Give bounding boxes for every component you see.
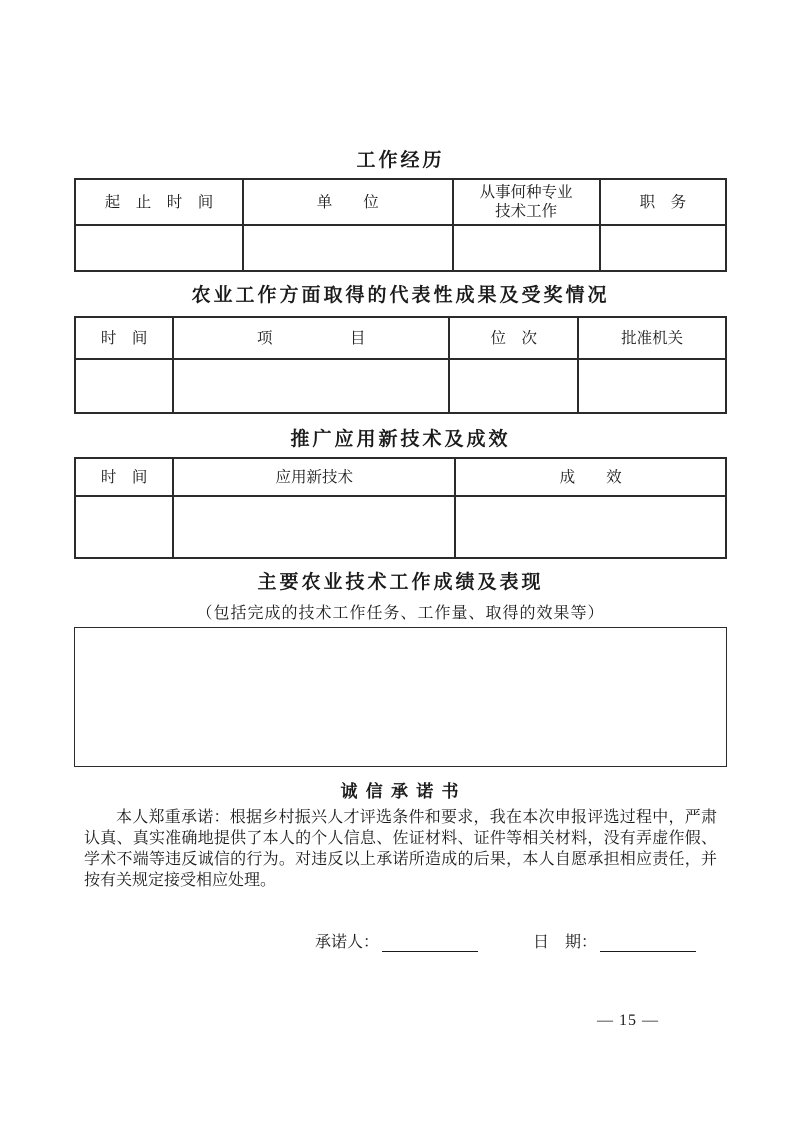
- table-row: [75, 496, 726, 558]
- empty-cell-period: [75, 225, 243, 271]
- header-cell-unit: 单 位: [243, 179, 453, 225]
- empty-cell-specialty: [453, 225, 600, 271]
- table-row: [75, 359, 726, 413]
- header-cell-position: 职 务: [600, 179, 726, 225]
- empty-cell-time: [75, 359, 173, 413]
- empty-cell-unit: [243, 225, 453, 271]
- signer-signature-line: [382, 937, 478, 952]
- date-label: 日 期：: [533, 934, 597, 952]
- date-signature-line: [600, 937, 696, 952]
- empty-cell-project: [173, 359, 449, 413]
- achievements-title: 农业工作方面取得的代表性成果及受奖情况: [74, 285, 727, 307]
- header-cell-effect: 成 效: [455, 458, 726, 496]
- header-cell-time: 时 间: [75, 317, 173, 359]
- work-experience-title: 工作经历: [74, 150, 727, 172]
- performance-subtitle: （包括完成的技术工作任务、工作量、取得的效果等）: [74, 604, 727, 624]
- section-achievements: 农业工作方面取得的代表性成果及受奖情况 时 间 项 目 位 次 批准机关: [74, 285, 727, 414]
- empty-cell-effect: [455, 496, 726, 558]
- table-header-row: 时 间 项 目 位 次 批准机关: [75, 317, 726, 359]
- header-cell-time: 时 间: [75, 458, 173, 496]
- table-header-row: 起 止 时 间 单 位 从事何种专业 技术工作 职 务: [75, 179, 726, 225]
- signature-row: 承诺人： 日 期：: [315, 934, 727, 952]
- header-cell-authority: 批准机关: [578, 317, 726, 359]
- section-new-technology: 推广应用新技术及成效 时 间 应用新技术 成 效: [74, 429, 727, 559]
- document-page: 工作经历 起 止 时 间 单 位 从事何种专业 技术工作 职 务: [0, 0, 793, 1122]
- technology-title: 推广应用新技术及成效: [74, 429, 727, 451]
- achievements-table: 时 间 项 目 位 次 批准机关: [74, 316, 727, 414]
- section-work-experience: 工作经历 起 止 时 间 单 位 从事何种专业 技术工作 职 务: [74, 150, 727, 272]
- performance-content-box: [74, 627, 727, 767]
- signer-label: 承诺人：: [315, 934, 379, 952]
- header-cell-new-tech: 应用新技术: [173, 458, 455, 496]
- header-cell-specialty: 从事何种专业 技术工作: [453, 179, 600, 225]
- commitment-body: 本人郑重承诺：根据乡村振兴人才评选条件和要求，我在本次申报评选过程中，严肃认真、…: [74, 807, 727, 891]
- date-group: 日 期：: [533, 934, 696, 952]
- header-cell-rank: 位 次: [449, 317, 578, 359]
- empty-cell-new-tech: [173, 496, 455, 558]
- section-performance: 主要农业技术工作成绩及表现 （包括完成的技术工作任务、工作量、取得的效果等）: [74, 572, 727, 767]
- empty-cell-rank: [449, 359, 578, 413]
- empty-cell-time: [75, 496, 173, 558]
- table-row: [75, 225, 726, 271]
- section-commitment: 诚 信 承 诺 书 本人郑重承诺：根据乡村振兴人才评选条件和要求，我在本次申报评…: [74, 782, 727, 952]
- empty-cell-position: [600, 225, 726, 271]
- page-number: — 15 —: [597, 1012, 659, 1030]
- header-cell-project: 项 目: [173, 317, 449, 359]
- table-header-row: 时 间 应用新技术 成 效: [75, 458, 726, 496]
- performance-title: 主要农业技术工作成绩及表现: [74, 572, 727, 594]
- header-cell-period: 起 止 时 间: [75, 179, 243, 225]
- technology-table: 时 间 应用新技术 成 效: [74, 457, 727, 559]
- work-experience-table: 起 止 时 间 单 位 从事何种专业 技术工作 职 务: [74, 178, 727, 272]
- commitment-title: 诚 信 承 诺 书: [74, 782, 727, 802]
- empty-cell-authority: [578, 359, 726, 413]
